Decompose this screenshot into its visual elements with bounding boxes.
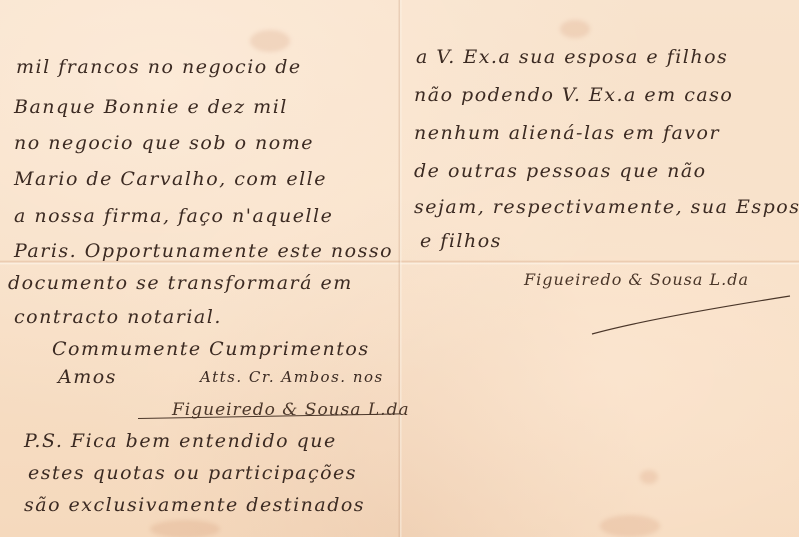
handwritten-line: sejam, respectivamente, sua Esposa: [414, 196, 799, 218]
signature: Figueiredo & Sousa L.da: [524, 270, 749, 289]
handwritten-line: não podendo V. Ex.a em caso: [414, 84, 733, 106]
left-page: mil francos no negocio de Banque Bonnie …: [0, 0, 400, 537]
closing-line: Atts. Cr. Ambos. nos: [200, 368, 384, 386]
handwritten-line: nenhum aliená-las em favor: [414, 122, 720, 144]
handwritten-line: documento se transformará em: [8, 272, 353, 294]
handwritten-line: no negocio que sob o nome: [14, 132, 314, 154]
closing-line: Commumente Cumprimentos: [52, 338, 370, 360]
right-page: a V. Ex.a sua esposa e filhos não podend…: [400, 0, 799, 537]
postscript-line: são exclusivamente destinados: [24, 494, 365, 516]
postscript-line: estes quotas ou participações: [28, 462, 357, 484]
handwritten-line: mil francos no negocio de: [16, 56, 302, 78]
handwritten-line: contracto notarial.: [14, 306, 222, 328]
handwritten-line: a nossa firma, faço n'aquelle: [14, 205, 333, 227]
handwritten-line: e filhos: [420, 230, 502, 252]
line-text: mil francos no negocio de: [16, 56, 302, 78]
handwritten-line: de outras pessoas que não: [414, 160, 707, 182]
handwritten-line: Mario de Carvalho, com elle: [14, 168, 327, 190]
handwritten-line: Banque Bonnie e dez mil: [14, 96, 288, 118]
signature-flourish: [590, 290, 799, 340]
letter-scan: mil francos no negocio de Banque Bonnie …: [0, 0, 799, 537]
handwritten-line: Paris. Opportunamente este nosso: [14, 240, 393, 262]
closing-line: Amos: [58, 366, 117, 388]
postscript-line: P.S. Fica bem entendido que: [24, 430, 337, 452]
handwritten-line: a V. Ex.a sua esposa e filhos: [416, 46, 728, 68]
